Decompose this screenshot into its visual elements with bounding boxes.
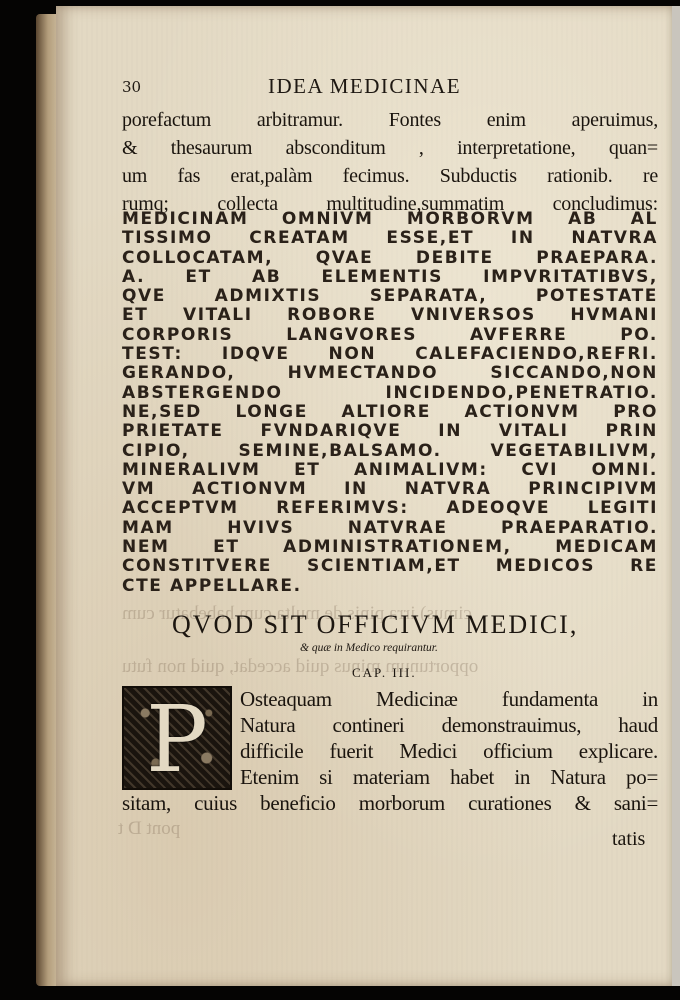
chapter-title: QVOD SIT OFFICIVM MEDICI,: [172, 610, 578, 640]
caps-line: CIPIO, SEMINE,BALSAMO. VEGETABILIVM,: [122, 442, 658, 461]
capitals-conclusion: MEDICINAM OMNIVM MORBORVM AB AL TISSIMO …: [122, 210, 658, 596]
caps-line: TEST: IDQVE NON CALEFACIENDO,REFRI.: [122, 345, 658, 364]
caps-line: ET VITALI ROBORE VNIVERSOS HVMANI: [122, 306, 658, 325]
caps-line: ACCEPTVM REFERIMVS: ADEOQVE LEGITI: [122, 499, 658, 518]
caps-line: CORPORIS LANGVORES AVFERRE PO.: [122, 326, 658, 345]
caps-line: VM ACTIONVM IN NATVRA PRINCIPIVM: [122, 480, 658, 499]
caps-line: GERANDO, HVMECTANDO SICCANDO,NON: [122, 364, 658, 383]
catchword: tatis: [612, 828, 645, 851]
text-line: Natura contineri demonstrauimus, haud: [240, 712, 658, 738]
chapter-paragraph: Osteaquam Medicinæ fundamenta in Natura …: [122, 686, 658, 816]
chapter-subtitle: & quæ in Medico requirantur.: [300, 642, 438, 654]
text-line: porefactum arbitramur. Fontes enim aperu…: [122, 106, 658, 134]
caps-line: CTE APPELLARE.: [122, 577, 658, 596]
show-through-line: pont D t: [118, 818, 180, 840]
caps-line: MINERALIVM ET ANIMALIVM: CVI OMNI.: [122, 461, 658, 480]
text-line: Osteaquam Medicinæ fundamenta in: [240, 686, 658, 712]
text-line: difficile fuerit Medici officium explica…: [240, 738, 658, 764]
caps-line: MEDICINAM OMNIVM MORBORVM AB AL: [122, 210, 658, 229]
text-line: & thesaurum absconditum , interpretation…: [122, 134, 658, 162]
caps-line: ABSTERGENDO INCIDENDO,PENETRATIO.: [122, 384, 658, 403]
caps-line: NE,SED LONGE ALTIORE ACTIONVM PRO: [122, 403, 658, 422]
caps-line: QVE ADMIXTIS SEPARATA, POTESTATE: [122, 287, 658, 306]
scan-margin: [672, 6, 680, 986]
caps-line: MAM HVIVS NATVRAE PRAEPARATIO.: [122, 519, 658, 538]
running-title: IDEA MEDICINAE: [268, 74, 461, 99]
chapter-number: CAP. III.: [352, 665, 417, 681]
show-through-line: opportunum minus quid accedat, quid non …: [122, 656, 478, 678]
text-line: Etenim si materiam habet in Natura po=: [240, 764, 658, 790]
caps-line: CONSTITVERE SCIENTIAM,ET MEDICOS RE: [122, 557, 658, 576]
caps-line: PRIETATE FVNDARIQVE IN VITALI PRIN: [122, 422, 658, 441]
page-number: 30: [122, 78, 141, 96]
caps-line: NEM ET ADMINISTRATIONEM, MEDICAM: [122, 538, 658, 557]
caps-line: A. ET AB ELEMENTIS IMPVRITATIBVS,: [122, 268, 658, 287]
text-line: um fas erat,palàm fecimus. Subductis rat…: [122, 162, 658, 190]
caps-line: COLLOCATAM, QVAE DEBITE PRAEPARA.: [122, 249, 658, 268]
text-line: sitam, cuius beneficio morborum curation…: [122, 790, 658, 816]
page-header: 30 IDEA MEDICINAE: [122, 74, 658, 102]
opening-text: porefactum arbitramur. Fontes enim aperu…: [122, 106, 658, 218]
caps-line: TISSIMO CREATAM ESSE,ET IN NATVRA: [122, 229, 658, 248]
